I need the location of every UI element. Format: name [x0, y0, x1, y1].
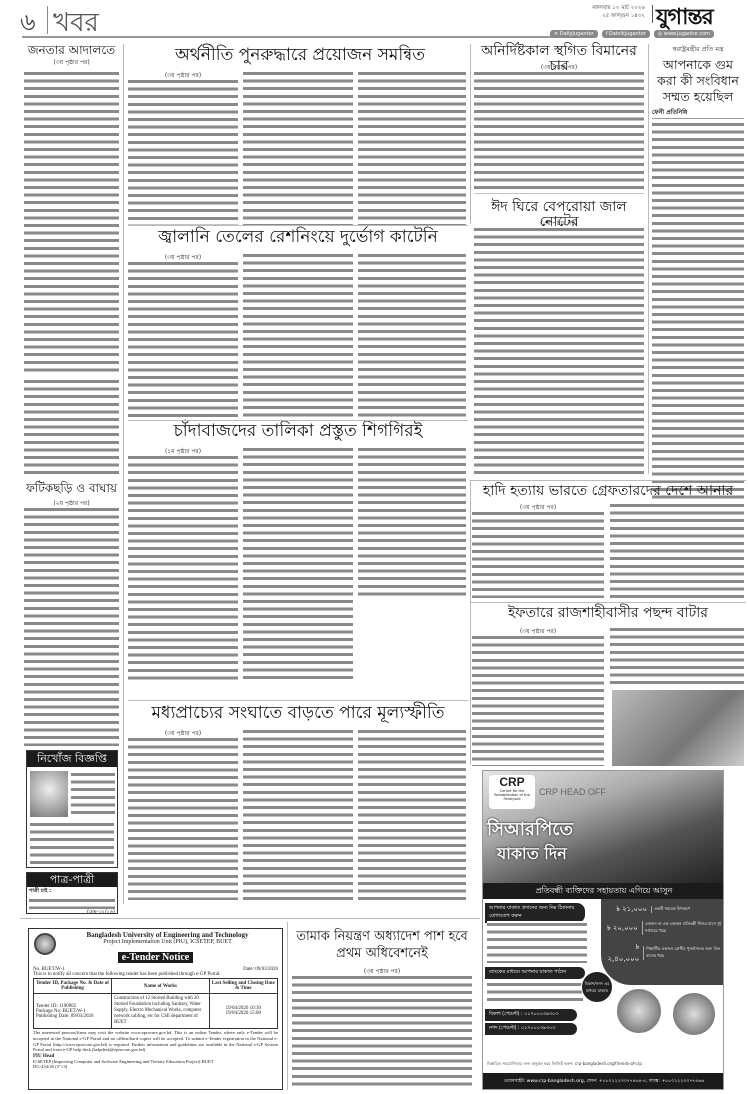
article-body [243, 446, 353, 682]
article-body [243, 728, 353, 900]
date-bangla: ২৫ ফাল্গুন ১৪৩২ [525, 12, 645, 20]
headline: জনতার আদালতে [24, 44, 119, 57]
page-number: ৬ [20, 4, 36, 44]
social-facebook[interactable]: f DainikJugantor [602, 30, 650, 38]
missing-person-photo [30, 771, 68, 817]
article-swarashtra: স্বরাষ্ট্রমন্ত্রীর প্রতি মন্ত্র আপনাকে গ… [652, 44, 744, 551]
article-body [358, 70, 466, 226]
tender-org: Bangladesh University of Engineering and… [33, 931, 278, 939]
article-body [358, 252, 466, 418]
article-body [472, 510, 604, 598]
headline-arthaniti: অর্থনীতি পুনরুদ্ধারে প্রয়োজন সমন্বিত [130, 46, 470, 65]
article-janatar: জনতার আদালতে (৩য় পৃষ্ঠার পর) [24, 44, 119, 374]
matrimony-title: পাত্র-পাত্রী [27, 873, 117, 887]
crp-footer: ওয়েবসাইট: www.crp-bangladesh.org, ফোন: … [483, 1073, 724, 1090]
article-body [610, 626, 744, 686]
headline-fatikchhari: ফটিকছড়ি ও বাঘায় [24, 482, 119, 495]
crp-contact-heading: আপনার যাকাত প্রদানের জন্য নিম্ন ঠিকানায়… [485, 903, 585, 923]
crp-sign: CRP HEAD OFF [539, 787, 606, 797]
article-body [474, 70, 644, 194]
article-body [24, 70, 119, 374]
tender-table: Tender ID, Package No. & Date of Publish… [33, 978, 278, 1029]
missing-notice-title: নিখোঁজ বিজ্ঞপ্তি [27, 751, 117, 767]
crp-logo: CRP Centre for the Rehabilitation of the… [489, 775, 535, 809]
crp-footnote: বিস্তারিত সহযোগিতার জন্য অনুগ্রহ করে ভিজ… [487, 1061, 723, 1068]
crp-advertisement[interactable]: CRP Centre for the Rehabilitation of the… [482, 770, 724, 1090]
article-body [24, 506, 119, 746]
article-body [24, 378, 119, 478]
article-body [358, 446, 466, 596]
article-body [128, 260, 238, 418]
matrimony-notice: পাত্র-পাত্রী পাত্রী চাই : (মেম-৩২/২৬) [26, 872, 118, 914]
article-body [610, 502, 744, 598]
crp-nagad: নগদ (পেমেন্ট) : ০১৭০০০৩৯৩০৩ [485, 1023, 577, 1035]
crp-badge: বিকাশ/নগদ এর মাধ্যমে যাকাত [581, 971, 613, 1003]
article-body [128, 78, 238, 226]
headline-hadi: হাদি হত্যায় ভারতে গ্রেফতারদের দেশে আনার [472, 484, 744, 499]
headline-jalani: জ্বালানি তেলের রেশনিংয়ে দুর্ভোগ কাটেনি [128, 228, 468, 247]
headline-iftar: ইফতারে রাজশাহীবাসীর পছন্দ বাটার [472, 606, 744, 621]
crp-bkash: বিকাশ (পেমেন্ট) : ০১৭০০০৩৯৩০৩ [485, 1009, 577, 1021]
headline-madhyaprachya: মধ্যপ্রাচ্যের সংঘাতে বাড়তে পারে মূল্যস্… [128, 704, 468, 723]
social-x[interactable]: ✕ DailyJugantor [550, 30, 598, 38]
crp-banner: প্রতিবন্ধী ব্যক্তিদের সহায়তায় এগিয়ে আ… [483, 883, 724, 899]
tender-notice: Bangladesh University of Engineering and… [28, 928, 283, 1090]
tender-title: e-Tender Notice [118, 952, 194, 963]
crp-circle-photo-2 [671, 991, 717, 1037]
section-title: খবর [53, 2, 99, 46]
article-body [128, 454, 238, 682]
article-body [292, 974, 472, 1086]
headline-chandabaj: চাঁদাবাজদের তালিকা প্রস্তুত শিগগিরই [128, 422, 468, 441]
missing-notice: নিখোঁজ বিজ্ঞপ্তি [26, 750, 118, 868]
buet-logo [34, 933, 56, 955]
tender-unit: Project Implementation Unit (PIU), ICSET… [33, 939, 278, 945]
article-body [128, 736, 238, 900]
crp-inset-photo [612, 690, 744, 766]
article-body [358, 728, 466, 900]
article-body [243, 70, 353, 226]
headline-tamak: তামাক নিয়ন্ত্রণ অধ্যাদেশ পাশ হবে প্রথম … [292, 928, 472, 962]
crp-circle-photo-1 [615, 987, 663, 1035]
crp-headline-2: যাকাত দিন [497, 841, 567, 868]
article-body [243, 252, 353, 418]
article-body [474, 226, 644, 476]
page-header: ৬ খবর মঙ্গলবার ১০ মার্চ ২০২৬ ২৫ ফাল্গুন … [20, 2, 732, 38]
date-gregorian: মঙ্গলবার ১০ মার্চ ২০২৬ [525, 4, 645, 12]
article-body [472, 634, 604, 766]
crp-bank-heading: ব্যাংকের মাধ্যমে আপনার যাকাত পাঠান [485, 967, 585, 979]
headline: আপনাকে গুম করা কী সংবিধান সম্মত হয়েছিল [652, 57, 744, 105]
social-web[interactable]: ◎ www.jugantor.com [654, 30, 714, 38]
